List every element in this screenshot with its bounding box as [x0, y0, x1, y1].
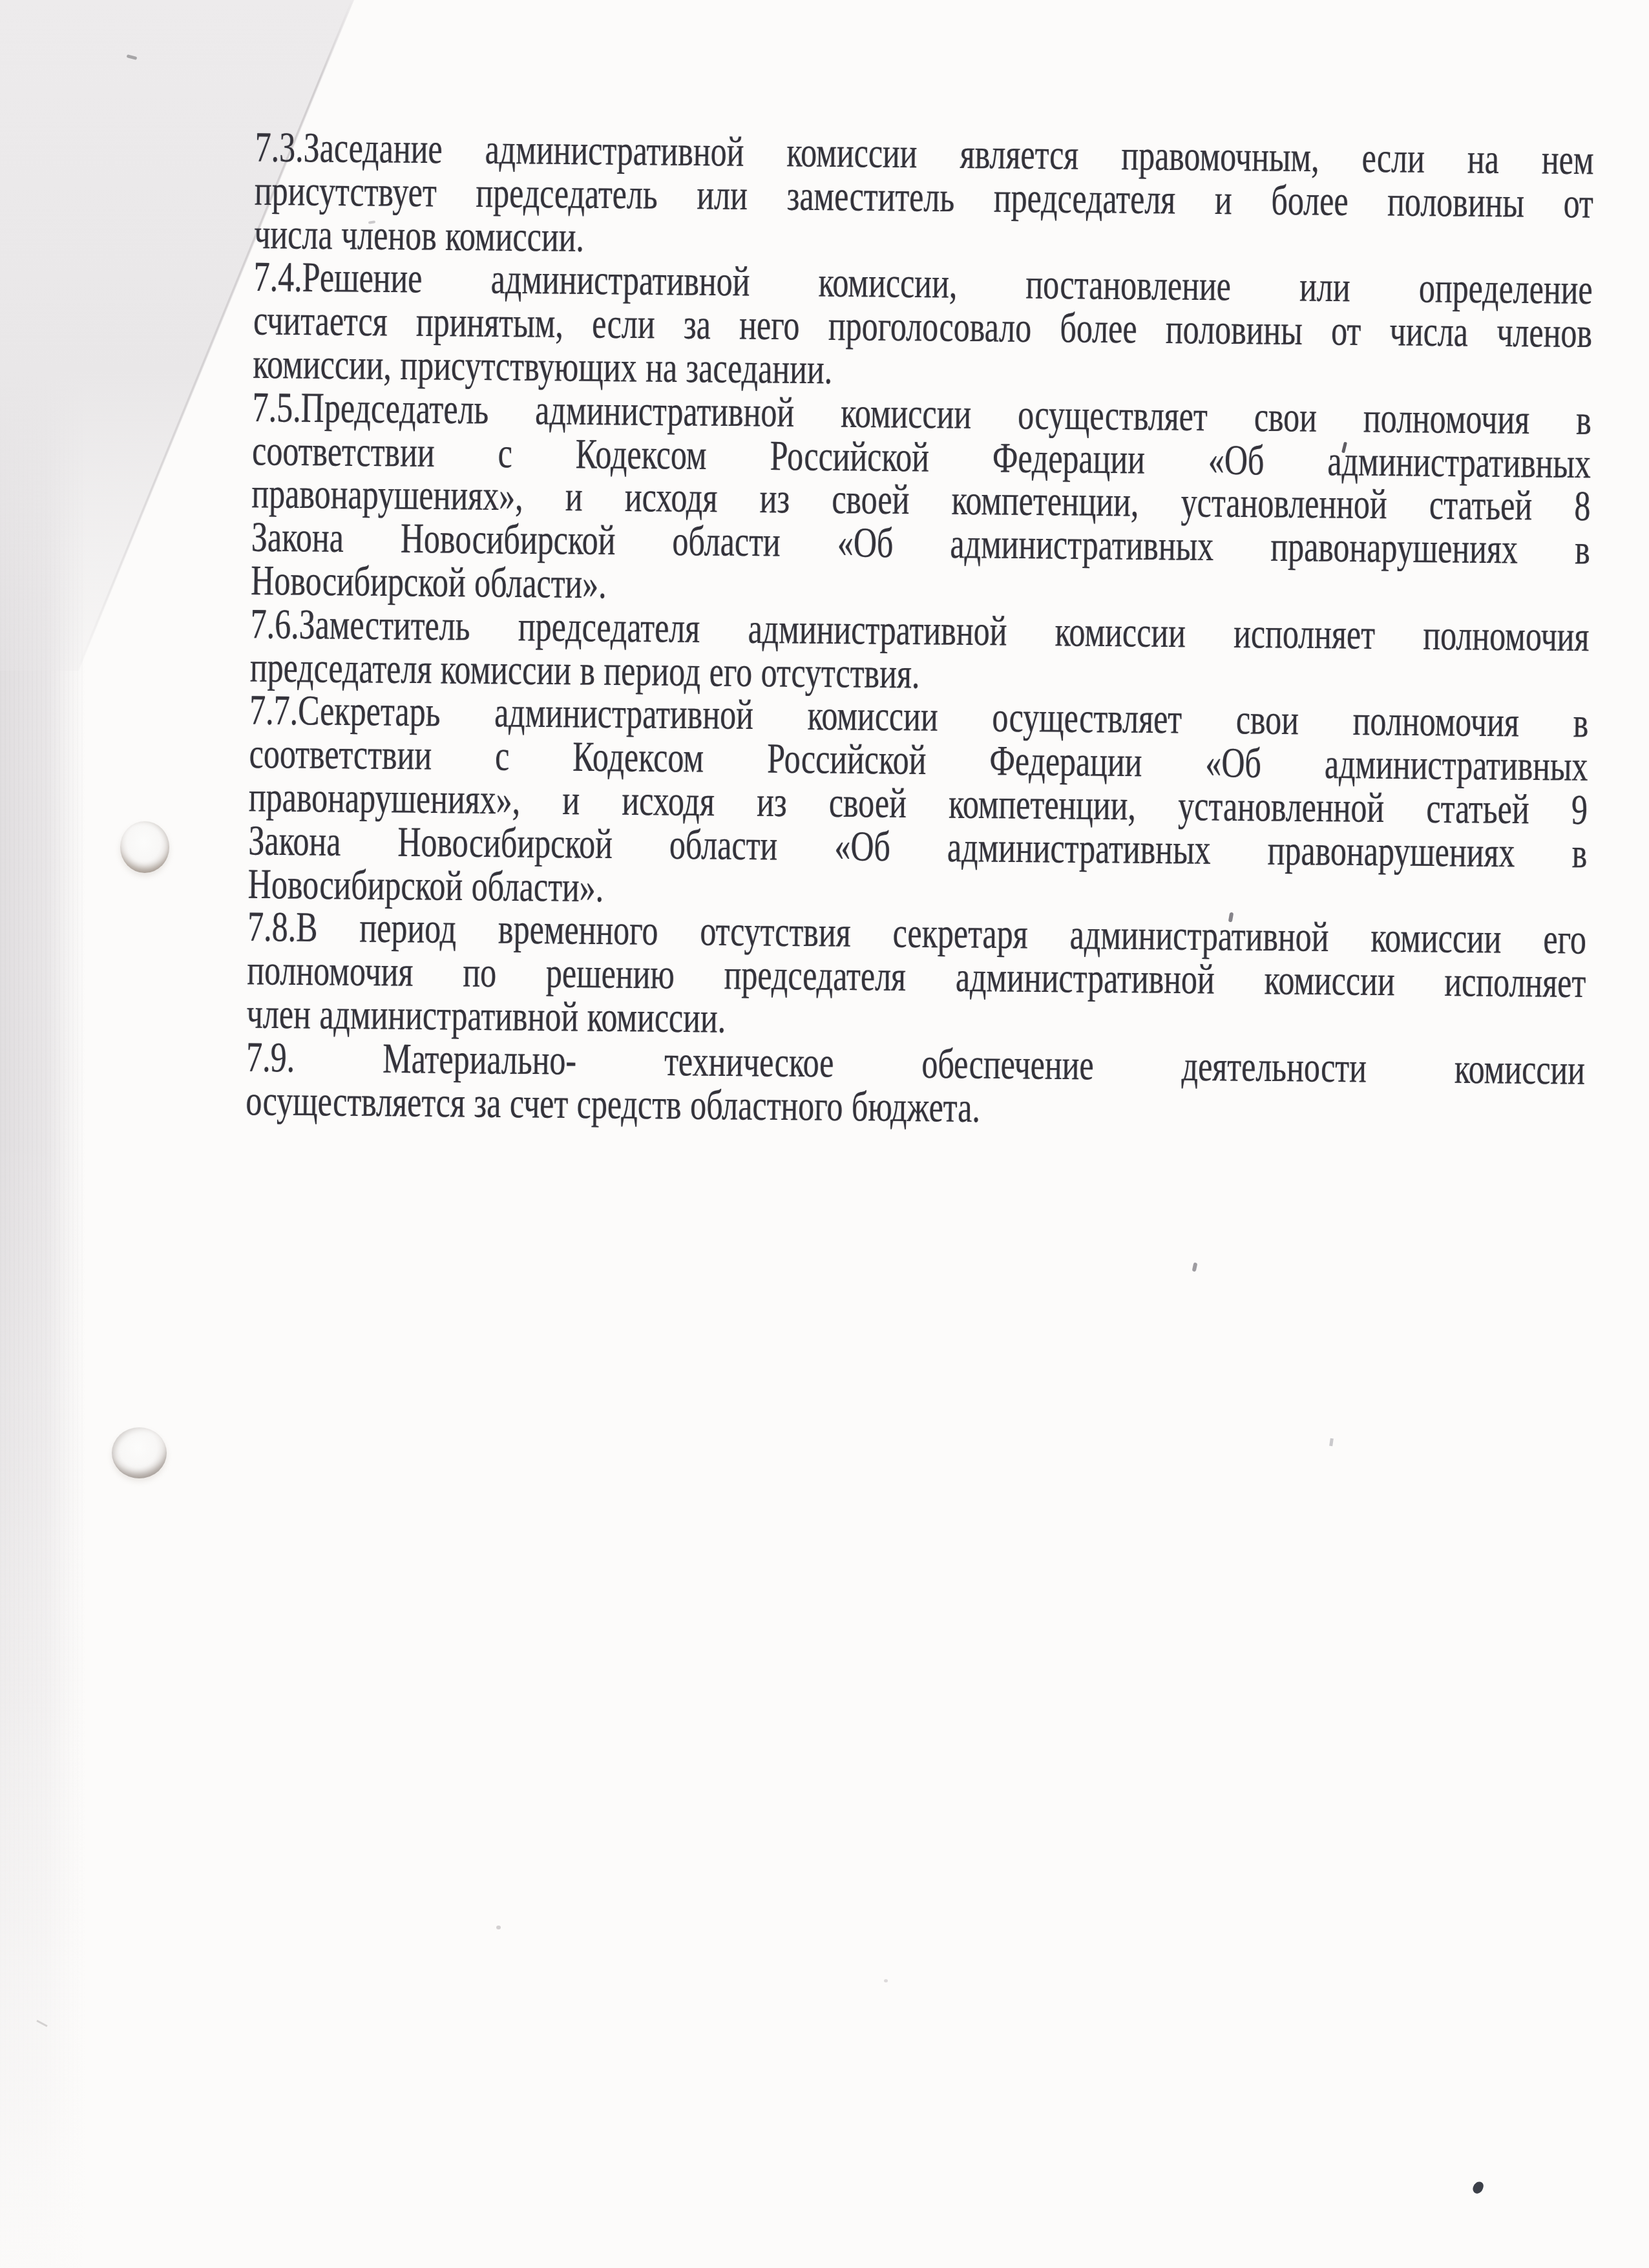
scan-speck — [496, 1926, 501, 1929]
paragraph-7.9: 7.9. Материально- техническое обеспечени… — [246, 1035, 1585, 1135]
paragraph-7.8: 7.8.В период временного отсутствия секре… — [246, 905, 1586, 1048]
scan-speck — [1329, 1438, 1334, 1447]
scanned-document-page: 7.3.Заседание административной комиссии … — [0, 0, 1649, 2268]
paragraph-7.6: 7.6.Заместитель председателя администрат… — [250, 602, 1590, 702]
paragraph-7.7: 7.7.Секретарь административной комиссии … — [247, 689, 1588, 918]
hole-punch-mark — [120, 821, 169, 873]
document-text-block: 7.3.Заседание административной комиссии … — [246, 125, 1594, 1135]
paragraph-7.5: 7.5.Председатель административной комисс… — [251, 385, 1591, 614]
hole-punch-mark — [112, 1427, 167, 1478]
paragraph-7.3: 7.3.Заседание административной комиссии … — [254, 125, 1594, 268]
stray-apostrophe-mark — [1192, 1263, 1198, 1272]
ink-blot — [1471, 2180, 1484, 2195]
paragraph-7.4: 7.4.Решение административной комиссии, п… — [253, 255, 1593, 398]
scan-speck — [884, 1979, 888, 1982]
